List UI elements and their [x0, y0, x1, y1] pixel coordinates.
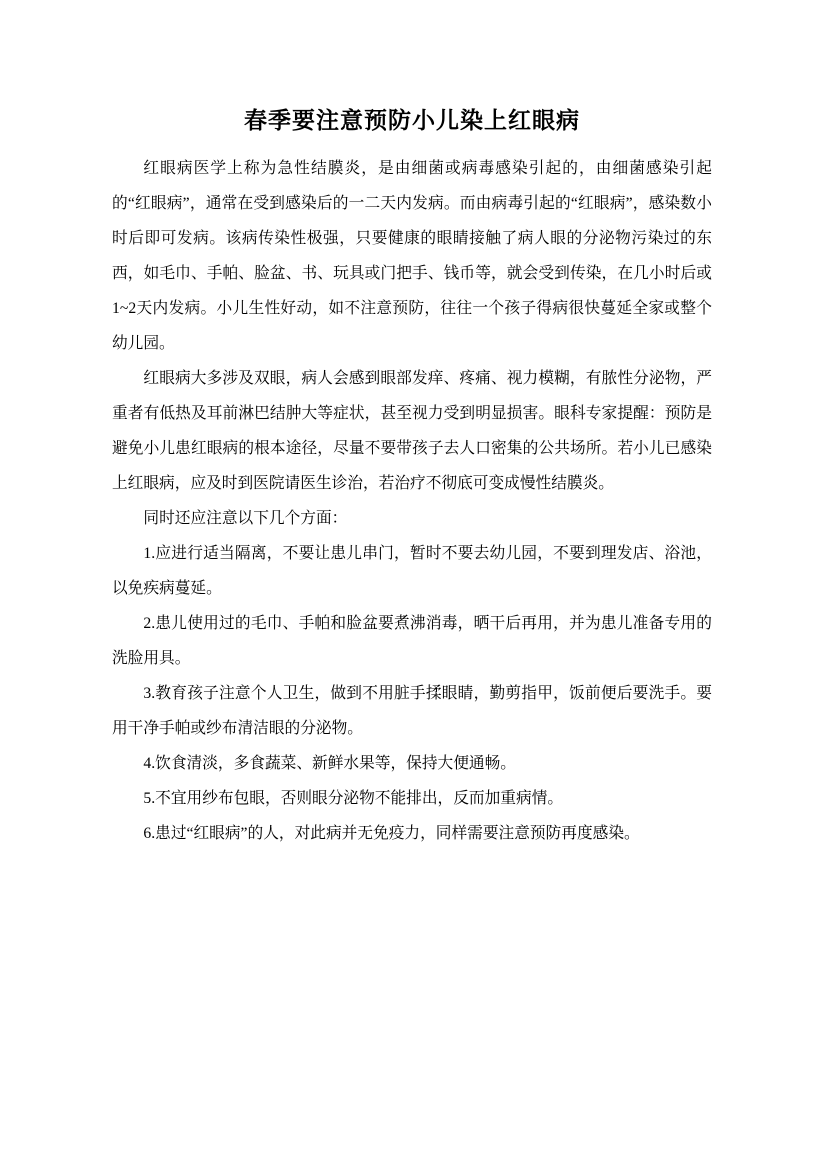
list-item-4: 4.饮食清淡，多食蔬菜、新鲜水果等，保持大便通畅。: [112, 746, 712, 781]
list-item-3: 3.教育孩子注意个人卫生，做到不用脏手揉眼睛，勤剪指甲，饭前便后要洗手。要用干净…: [112, 676, 712, 746]
paragraph-symptoms: 红眼病大多涉及双眼，病人会感到眼部发痒、疼痛、视力模糊，有脓性分泌物，严重者有低…: [112, 361, 712, 501]
document-title: 春季要注意预防小儿染上红眼病: [112, 103, 712, 139]
list-item-5: 5.不宜用纱布包眼，否则眼分泌物不能排出，反而加重病情。: [112, 781, 712, 816]
list-item-2: 2.患儿使用过的毛巾、手帕和脸盆要煮沸消毒，晒干后再用，并为患儿准备专用的洗脸用…: [112, 606, 712, 676]
document-page: 春季要注意预防小儿染上红眼病 红眼病医学上称为急性结膜炎，是由细菌或病毒感染引起…: [0, 0, 827, 1170]
paragraph-note-lead: 同时还应注意以下几个方面：: [112, 501, 712, 536]
list-item-1: 1.应进行适当隔离，不要让患儿串门，暂时不要去幼儿园，不要到理发店、浴池，以免疾…: [112, 536, 712, 606]
list-item-6: 6.患过“红眼病”的人，对此病并无免疫力，同样需要注意预防再度感染。: [112, 816, 712, 851]
paragraph-intro: 红眼病医学上称为急性结膜炎，是由细菌或病毒感染引起的，由细菌感染引起的“红眼病”…: [112, 151, 712, 361]
